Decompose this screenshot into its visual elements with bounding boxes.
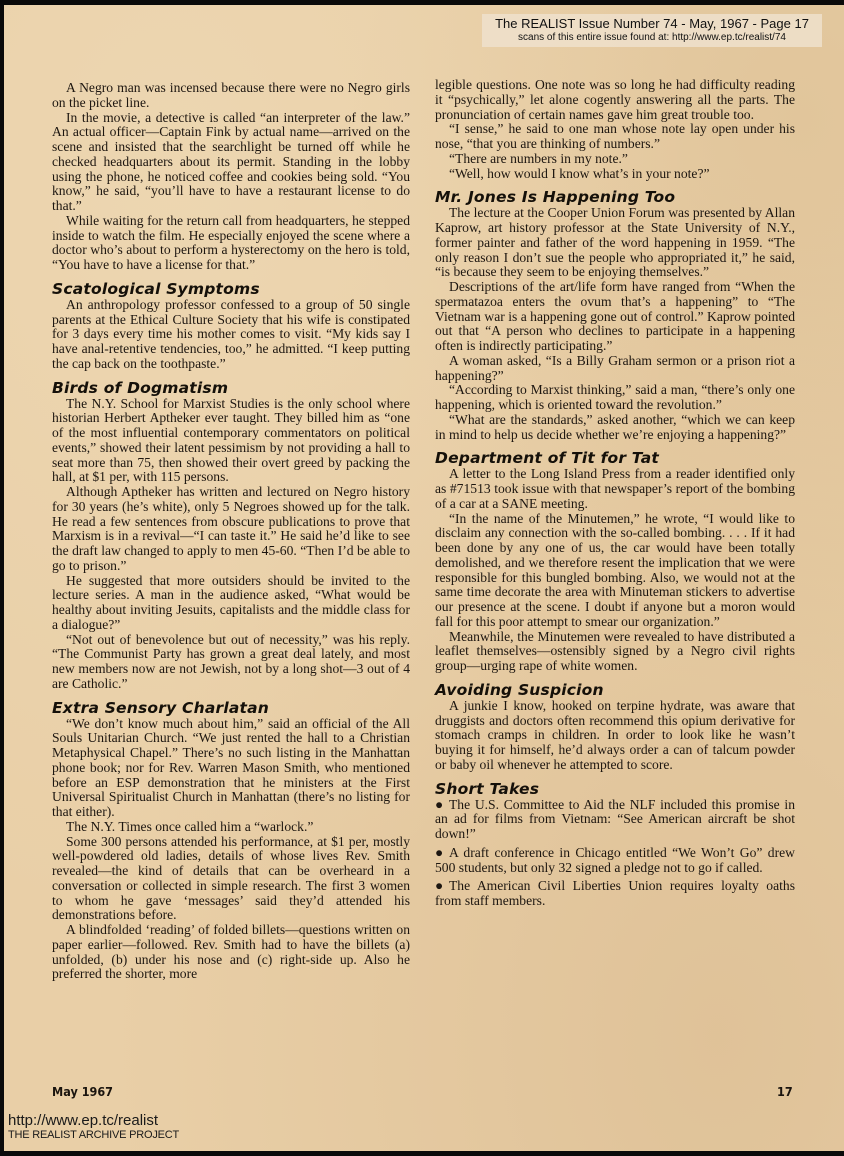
paragraph: Although Aptheker has written and lectur… — [52, 485, 410, 574]
paragraph: In the movie, a detective is called “an … — [52, 111, 410, 214]
magazine-page: The REALIST Issue Number 74 - May, 1967 … — [4, 5, 844, 1151]
bullet-icon: ● — [435, 846, 449, 861]
paragraph: “I sense,” he said to one man whose note… — [435, 122, 795, 152]
archive-url-link[interactable]: http://www.ep.tc/realist — [8, 1112, 179, 1129]
list-item: ●A draft conference in Chicago entitled … — [435, 846, 795, 876]
section-heading-department-of-tit-for-tat: Department of Tit for Tat — [435, 450, 795, 467]
section-heading-avoiding-suspicion: Avoiding Suspicion — [435, 682, 795, 699]
paragraph: He suggested that more outsiders should … — [52, 574, 410, 633]
section-heading-scatological-symptoms: Scatological Symptoms — [52, 281, 410, 298]
bullet-icon: ● — [435, 879, 449, 894]
section-heading-extra-sensory-charlatan: Extra Sensory Charlatan — [52, 700, 410, 717]
archive-header-subtitle: scans of this entire issue found at: htt… — [482, 32, 822, 44]
paragraph: A woman asked, “Is a Billy Graham sermon… — [435, 354, 795, 384]
paragraph: A junkie I know, hooked on terpine hydra… — [435, 699, 795, 773]
archive-project-label: THE REALIST ARCHIVE PROJECT — [8, 1129, 179, 1142]
paragraph: “According to Marxist thinking,” said a … — [435, 383, 795, 413]
paragraph: The lecture at the Cooper Union Forum wa… — [435, 206, 795, 280]
footer-date: May 1967 — [52, 1084, 113, 1099]
page-number: 17 — [777, 1084, 793, 1099]
right-column: legible questions. One note was so long … — [435, 78, 795, 913]
list-item: ●The U.S. Committee to Aid the NLF inclu… — [435, 798, 795, 842]
short-takes-list: ●The U.S. Committee to Aid the NLF inclu… — [435, 798, 795, 909]
archive-footer: http://www.ep.tc/realist THE REALIST ARC… — [8, 1112, 179, 1142]
paragraph: The N.Y. Times once called him a “warloc… — [52, 820, 410, 835]
section-heading-short-takes: Short Takes — [435, 781, 795, 798]
paragraph: The N.Y. School for Marxist Studies is t… — [52, 397, 410, 486]
paragraph: “Not out of benevolence but out of neces… — [52, 633, 410, 692]
paragraph: An anthropology professor confessed to a… — [52, 298, 410, 372]
paragraph: “We don’t know much about him,” said an … — [52, 717, 410, 820]
bullet-icon: ● — [435, 798, 449, 813]
paragraph: A blindfolded ‘reading’ of folded billet… — [52, 923, 410, 982]
paragraph: Meanwhile, the Minutemen were revealed t… — [435, 630, 795, 674]
archive-header: The REALIST Issue Number 74 - May, 1967 … — [482, 14, 822, 47]
paragraph: Descriptions of the art/life form have r… — [435, 280, 795, 354]
archive-header-title: The REALIST Issue Number 74 - May, 1967 … — [482, 16, 822, 32]
paragraph: A letter to the Long Island Press from a… — [435, 467, 795, 511]
paragraph: “What are the standards,” asked another,… — [435, 413, 795, 443]
paragraph: A Negro man was incensed because there w… — [52, 81, 410, 111]
paragraph: “There are numbers in my note.” — [435, 152, 795, 167]
section-heading-mr-jones-is-happening-too: Mr. Jones Is Happening Too — [435, 189, 795, 206]
paragraph: Some 300 persons attended his performanc… — [52, 835, 410, 924]
list-item: ●The American Civil Liberties Union requ… — [435, 879, 795, 909]
paragraph: legible questions. One note was so long … — [435, 78, 795, 122]
section-heading-birds-of-dogmatism: Birds of Dogmatism — [52, 380, 410, 397]
paragraph: “In the name of the Minutemen,” he wrote… — [435, 512, 795, 630]
paragraph: While waiting for the return call from h… — [52, 214, 410, 273]
paragraph: “Well, how would I know what’s in your n… — [435, 167, 795, 182]
left-column: A Negro man was incensed because there w… — [52, 81, 410, 982]
